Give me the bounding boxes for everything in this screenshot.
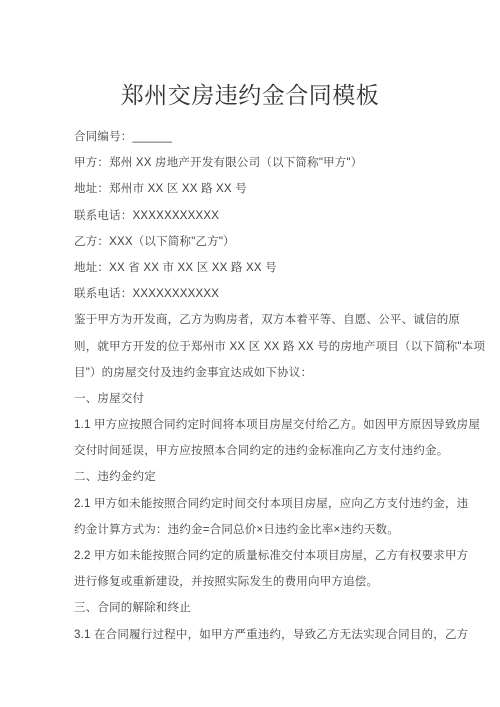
document-title: 郑州交房违约金合同模板 xyxy=(0,82,500,108)
contract-line-number: 合同编号：______ xyxy=(74,124,464,150)
contract-line-party-b-address: 地址：XX 省 XX 市 XX 区 XX 路 XX 号 xyxy=(74,255,464,281)
document-body: 合同编号：______ 甲方：郑州 XX 房地产开发有限公司（以下简称"甲方"）… xyxy=(74,124,464,648)
contract-section-1-heading: 一、房屋交付 xyxy=(74,386,464,412)
contract-clause-2-2-line-1: 2.2 甲方如未能按照合同约定的质量标准交付本项目房屋，乙方有权要求甲方 xyxy=(74,543,464,569)
contract-clause-1-1-line-2: 交付时间延误，甲方应按照本合同约定的违约金标准向乙方支付违约金。 xyxy=(74,438,464,464)
contract-clause-2-1-line-2: 约金计算方式为：违约金=合同总价×日违约金比率×违约天数。 xyxy=(74,517,464,543)
contract-line-preamble-1: 鉴于甲方为开发商，乙方为购房者，双方本着平等、自愿、公平、诚信的原 xyxy=(74,307,464,333)
contract-line-party-a: 甲方：郑州 XX 房地产开发有限公司（以下简称"甲方"） xyxy=(74,150,464,176)
contract-clause-3-1-line-1: 3.1 在合同履行过程中，如甲方严重违约，导致乙方无法实现合同目的，乙方 xyxy=(74,622,464,648)
contract-clause-2-2-line-2: 进行修复或重新建设，并按照实际发生的费用向甲方追偿。 xyxy=(74,569,464,595)
contract-line-preamble-2: 则，就甲方开发的位于郑州市 XX 区 XX 路 XX 号的房地产项目（以下简称"… xyxy=(74,334,464,360)
contract-section-3-heading: 三、合同的解除和终止 xyxy=(74,595,464,621)
contract-clause-1-1-line-1: 1.1 甲方应按照合同约定时间将本项目房屋交付给乙方。如因甲方原因导致房屋 xyxy=(74,412,464,438)
contract-line-party-b: 乙方：XXX（以下简称"乙方"） xyxy=(74,229,464,255)
contract-line-party-a-phone: 联系电话：XXXXXXXXXXX xyxy=(74,203,464,229)
contract-line-party-a-address: 地址：郑州市 XX 区 XX 路 XX 号 xyxy=(74,176,464,202)
contract-section-2-heading: 二、违约金约定 xyxy=(74,464,464,490)
contract-line-preamble-3: 目"）的房屋交付及违约金事宜达成如下协议： xyxy=(74,360,464,386)
contract-clause-2-1-line-1: 2.1 甲方如未能按照合同约定时间交付本项目房屋，应向乙方支付违约金，违 xyxy=(74,491,464,517)
contract-line-party-b-phone: 联系电话：XXXXXXXXXXX xyxy=(74,281,464,307)
contract-document-page: 郑州交房违约金合同模板 合同编号：______ 甲方：郑州 XX 房地产开发有限… xyxy=(0,0,500,707)
